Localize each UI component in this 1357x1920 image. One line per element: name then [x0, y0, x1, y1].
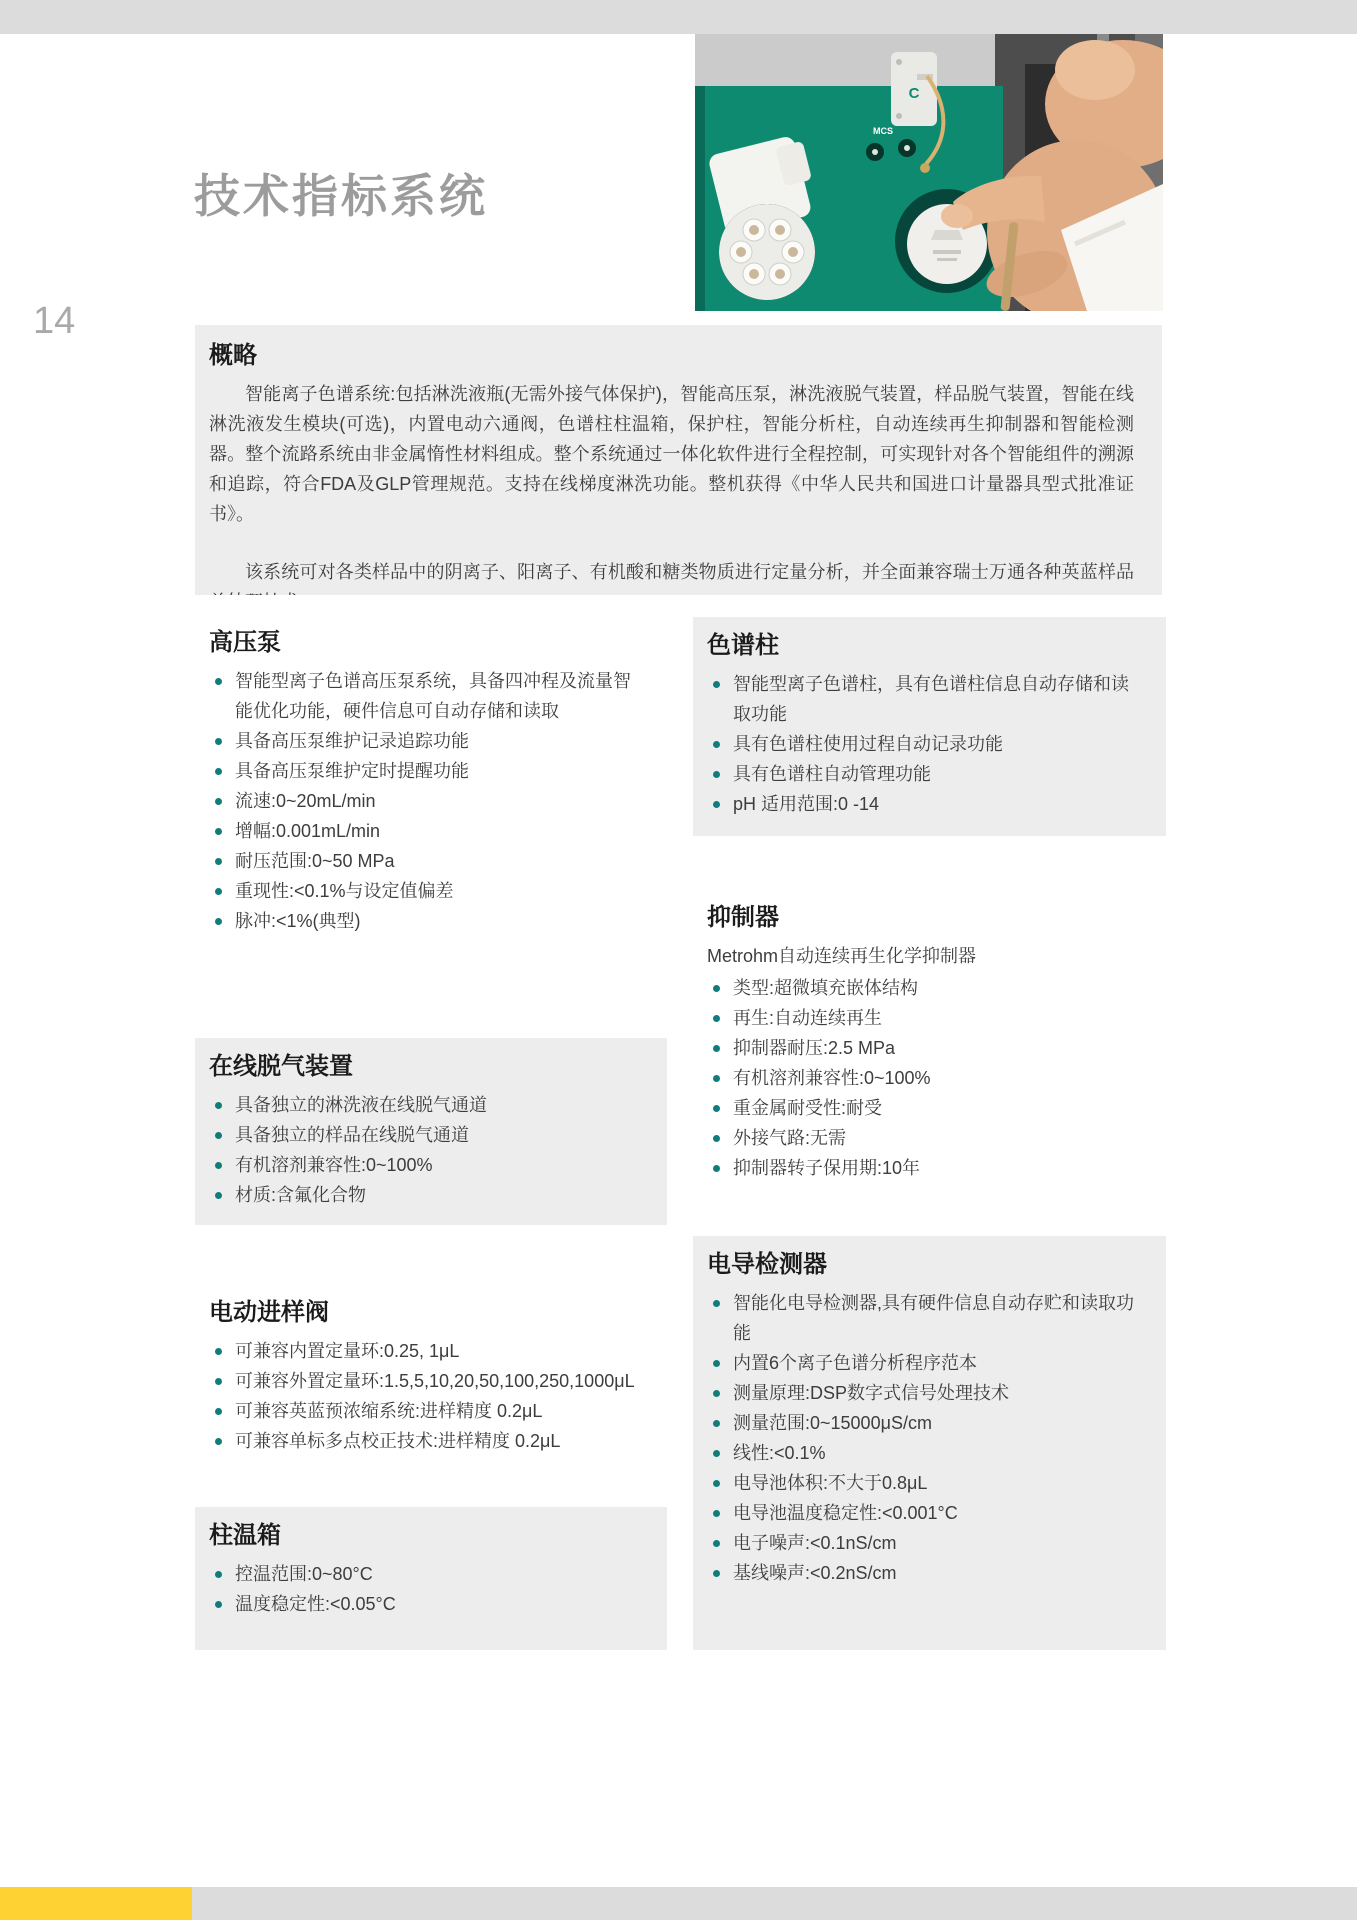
spec-item-text: 具备高压泵维护定时提醒功能 — [235, 756, 469, 786]
spec-item-text: 具有色谱柱使用过程自动记录功能 — [733, 729, 1003, 759]
spec-item: 有机溶剂兼容性:0~100% — [209, 1150, 647, 1180]
spec-item: 可兼容内置定量环:0.25, 1μL — [209, 1336, 647, 1366]
degasser-section: 在线脱气装置 具备独立的淋洗液在线脱气通道具备独立的样品在线脱气通道有机溶剂兼容… — [195, 1038, 667, 1225]
bullet-icon — [713, 1045, 720, 1052]
column-spec-list: 智能型离子色谱柱，具有色谱柱信息自动存储和读取功能具有色谱柱使用过程自动记录功能… — [707, 669, 1146, 819]
spec-item-text: 外接气路:无需 — [733, 1123, 846, 1153]
column-title: 色谱柱 — [707, 631, 1146, 661]
bullet-icon — [215, 1438, 222, 1445]
spec-item-text: 耐压范围:0~50 MPa — [235, 846, 395, 876]
spec-item: 具备高压泵维护定时提醒功能 — [209, 756, 647, 786]
bullet-icon — [713, 1510, 720, 1517]
bullet-icon — [713, 985, 720, 992]
spec-item: 智能型离子色谱柱，具有色谱柱信息自动存储和读取功能 — [707, 669, 1146, 729]
valve-section: 电动进样阀 可兼容内置定量环:0.25, 1μL可兼容外置定量环:1.5,5,1… — [195, 1284, 667, 1456]
spec-item-text: pH 适用范围:0 -14 — [733, 789, 879, 819]
spec-item-text: 流速:0~20mL/min — [235, 786, 376, 816]
column-section: 色谱柱 智能型离子色谱柱，具有色谱柱信息自动存储和读取功能具有色谱柱使用过程自动… — [693, 617, 1166, 836]
spec-item: 具备独立的样品在线脱气通道 — [209, 1120, 647, 1150]
instrument-photo: C MCS — [695, 34, 1163, 311]
overview-paragraph-2: 该系统可对各类样品中的阴离子、阳离子、有机酸和糖类物质进行定量分析，并全面兼容瑞… — [209, 557, 1134, 595]
bullet-icon — [215, 1408, 222, 1415]
spec-item-text: 内置6个离子色谱分析程序范本 — [733, 1348, 977, 1378]
bullet-icon — [713, 1390, 720, 1397]
spec-item: 具备独立的淋洗液在线脱气通道 — [209, 1090, 647, 1120]
spec-item: 智能化电导检测器,具有硬件信息自动存贮和读取功能 — [707, 1288, 1146, 1348]
bullet-icon — [713, 1570, 720, 1577]
spec-item: 电导池温度稳定性:<0.001°C — [707, 1498, 1146, 1528]
spec-item-text: 可兼容单标多点校正技术:进样精度 0.2μL — [235, 1426, 560, 1456]
spec-item-text: 具备独立的淋洗液在线脱气通道 — [235, 1090, 487, 1120]
spec-item-text: 抑制器转子保用期:10年 — [733, 1153, 920, 1183]
spec-item: 增幅:0.001mL/min — [209, 816, 647, 846]
spec-item: 可兼容单标多点校正技术:进样精度 0.2μL — [209, 1426, 647, 1456]
spec-item: 再生:自动连续再生 — [707, 1003, 1146, 1033]
detector-section: 电导检测器 智能化电导检测器,具有硬件信息自动存贮和读取功能内置6个离子色谱分析… — [693, 1236, 1166, 1650]
bullet-icon — [713, 1480, 720, 1487]
detector-title: 电导检测器 — [707, 1250, 1146, 1280]
spec-item-text: 温度稳定性:<0.05°C — [235, 1589, 396, 1619]
suppressor-intro: Metrohm自动连续再生化学抑制器 — [707, 941, 1146, 971]
bullet-icon — [215, 1348, 222, 1355]
oven-section: 柱温箱 控温范围:0~80°C温度稳定性:<0.05°C — [195, 1507, 667, 1650]
spec-item-text: 具有色谱柱自动管理功能 — [733, 759, 931, 789]
spec-item: 重现性:<0.1%与设定值偏差 — [209, 876, 647, 906]
spec-item-text: 具备独立的样品在线脱气通道 — [235, 1120, 469, 1150]
spec-item-text: 可兼容英蓝预浓缩系统:进样精度 0.2μL — [235, 1396, 542, 1426]
pump-title: 高压泵 — [209, 628, 647, 658]
spec-item: 外接气路:无需 — [707, 1123, 1146, 1153]
bullet-icon — [713, 1300, 720, 1307]
spec-item-text: 增幅:0.001mL/min — [235, 816, 380, 846]
bullet-icon — [713, 1420, 720, 1427]
oven-title: 柱温箱 — [209, 1521, 647, 1551]
spec-item: 基线噪声:<0.2nS/cm — [707, 1558, 1146, 1588]
bullet-icon — [215, 888, 222, 895]
bullet-icon — [215, 858, 222, 865]
spec-item-text: 基线噪声:<0.2nS/cm — [733, 1558, 897, 1588]
bullet-icon — [215, 1132, 222, 1139]
bullet-icon — [215, 1192, 222, 1199]
spec-item-text: 类型:超微填充嵌体结构 — [733, 973, 918, 1003]
detector-spec-list: 智能化电导检测器,具有硬件信息自动存贮和读取功能内置6个离子色谱分析程序范本测量… — [707, 1288, 1146, 1588]
overview-paragraph-1: 智能离子色谱系统:包括淋洗液瓶(无需外接气体保护)，智能高压泵，淋洗液脱气装置，… — [209, 379, 1134, 529]
spec-item: 控温范围:0~80°C — [209, 1559, 647, 1589]
bullet-icon — [713, 1450, 720, 1457]
spec-item: 温度稳定性:<0.05°C — [209, 1589, 647, 1619]
spec-item: 可兼容英蓝预浓缩系统:进样精度 0.2μL — [209, 1396, 647, 1426]
bullet-icon — [713, 1015, 720, 1022]
spec-item: 线性:<0.1% — [707, 1438, 1146, 1468]
spec-item-text: 智能化电导检测器,具有硬件信息自动存贮和读取功能 — [733, 1288, 1146, 1348]
bullet-icon — [215, 1102, 222, 1109]
spec-item-text: 可兼容内置定量环:0.25, 1μL — [235, 1336, 459, 1366]
spec-item: 抑制器耐压:2.5 MPa — [707, 1033, 1146, 1063]
spec-item-text: 有机溶剂兼容性:0~100% — [733, 1063, 931, 1093]
spec-item-text: 材质:含氟化合物 — [235, 1180, 366, 1210]
spec-item-text: 重现性:<0.1%与设定值偏差 — [235, 876, 454, 906]
overview-title: 概略 — [209, 341, 1134, 371]
degasser-title: 在线脱气装置 — [209, 1052, 647, 1082]
photo-label-c: C — [909, 85, 920, 102]
bullet-icon — [713, 1540, 720, 1547]
spec-item: 重金属耐受性:耐受 — [707, 1093, 1146, 1123]
bullet-icon — [215, 678, 222, 685]
bullet-icon — [713, 1105, 720, 1112]
spec-item-text: 智能型离子色谱柱，具有色谱柱信息自动存储和读取功能 — [733, 669, 1146, 729]
bullet-icon — [215, 1378, 222, 1385]
spec-item-text: 脉冲:<1%(典型) — [235, 906, 361, 936]
bullet-icon — [713, 681, 720, 688]
spec-item-text: 智能型离子色谱高压泵系统，具备四冲程及流量智能优化功能，硬件信息可自动存储和读取 — [235, 666, 647, 726]
suppressor-title: 抑制器 — [707, 903, 1146, 933]
photo-label-mcs: MCS — [873, 126, 893, 136]
spec-item-text: 控温范围:0~80°C — [235, 1559, 373, 1589]
spec-item: 具备高压泵维护记录追踪功能 — [209, 726, 647, 756]
bullet-icon — [215, 1601, 222, 1608]
bullet-icon — [713, 771, 720, 778]
oven-spec-list: 控温范围:0~80°C温度稳定性:<0.05°C — [209, 1559, 647, 1619]
bullet-icon — [215, 768, 222, 775]
spec-item: 电子噪声:<0.1nS/cm — [707, 1528, 1146, 1558]
spec-item: 有机溶剂兼容性:0~100% — [707, 1063, 1146, 1093]
spec-item: 耐压范围:0~50 MPa — [209, 846, 647, 876]
bullet-icon — [215, 918, 222, 925]
bullet-icon — [713, 801, 720, 808]
suppressor-spec-list: 类型:超微填充嵌体结构再生:自动连续再生抑制器耐压:2.5 MPa有机溶剂兼容性… — [707, 973, 1146, 1183]
bullet-icon — [713, 1165, 720, 1172]
bullet-icon — [215, 1571, 222, 1578]
spec-item: 材质:含氟化合物 — [209, 1180, 647, 1210]
bullet-icon — [713, 1360, 720, 1367]
pump-section: 高压泵 智能型离子色谱高压泵系统，具备四冲程及流量智能优化功能，硬件信息可自动存… — [195, 614, 667, 936]
spec-item: 脉冲:<1%(典型) — [209, 906, 647, 936]
bullet-icon — [215, 798, 222, 805]
bullet-icon — [713, 741, 720, 748]
spec-item: 具有色谱柱使用过程自动记录功能 — [707, 729, 1146, 759]
spec-item: 类型:超微填充嵌体结构 — [707, 973, 1146, 1003]
spec-item: 可兼容外置定量环:1.5,5,10,20,50,100,250,1000μL — [209, 1366, 647, 1396]
spec-item-text: 有机溶剂兼容性:0~100% — [235, 1150, 433, 1180]
bullet-icon — [713, 1135, 720, 1142]
spec-item-text: 再生:自动连续再生 — [733, 1003, 882, 1033]
instrument-photo-art: C MCS — [695, 34, 1163, 311]
bullet-icon — [215, 1162, 222, 1169]
spec-item-text: 抑制器耐压:2.5 MPa — [733, 1033, 895, 1063]
pump-spec-list: 智能型离子色谱高压泵系统，具备四冲程及流量智能优化功能，硬件信息可自动存储和读取… — [209, 666, 647, 936]
spec-item-text: 电子噪声:<0.1nS/cm — [733, 1528, 897, 1558]
bullet-icon — [215, 828, 222, 835]
spec-item: 智能型离子色谱高压泵系统，具备四冲程及流量智能优化功能，硬件信息可自动存储和读取 — [209, 666, 647, 726]
page-title: 技术指标系统 — [194, 160, 488, 226]
valve-spec-list: 可兼容内置定量环:0.25, 1μL可兼容外置定量环:1.5,5,10,20,5… — [209, 1336, 647, 1456]
valve-title: 电动进样阀 — [209, 1298, 647, 1328]
suppressor-section: 抑制器 Metrohm自动连续再生化学抑制器 类型:超微填充嵌体结构再生:自动连… — [693, 889, 1166, 1183]
spec-item: 流速:0~20mL/min — [209, 786, 647, 816]
spec-item-text: 具备高压泵维护记录追踪功能 — [235, 726, 469, 756]
bottom-bar — [192, 1887, 1357, 1920]
spec-item: pH 适用范围:0 -14 — [707, 789, 1146, 819]
spec-item: 电导池体积:不大于0.8μL — [707, 1468, 1146, 1498]
bottom-accent-bar — [0, 1887, 192, 1920]
spec-item-text: 电导池温度稳定性:<0.001°C — [733, 1498, 958, 1528]
spec-item-text: 测量范围:0~15000μS/cm — [733, 1408, 932, 1438]
spec-item-text: 重金属耐受性:耐受 — [733, 1093, 882, 1123]
degasser-spec-list: 具备独立的淋洗液在线脱气通道具备独立的样品在线脱气通道有机溶剂兼容性:0~100… — [209, 1090, 647, 1210]
spec-item-text: 测量原理:DSP数字式信号处理技术 — [733, 1378, 1009, 1408]
bullet-icon — [713, 1075, 720, 1082]
spec-item: 内置6个离子色谱分析程序范本 — [707, 1348, 1146, 1378]
spec-item-text: 可兼容外置定量环:1.5,5,10,20,50,100,250,1000μL — [235, 1366, 635, 1396]
bullet-icon — [215, 738, 222, 745]
spec-item: 抑制器转子保用期:10年 — [707, 1153, 1146, 1183]
top-bar — [0, 0, 1357, 34]
spec-item-text: 电导池体积:不大于0.8μL — [733, 1468, 927, 1498]
spec-item: 测量范围:0~15000μS/cm — [707, 1408, 1146, 1438]
spec-item-text: 线性:<0.1% — [733, 1438, 826, 1468]
spec-item: 具有色谱柱自动管理功能 — [707, 759, 1146, 789]
page-number: 14 — [33, 300, 75, 343]
spec-item: 测量原理:DSP数字式信号处理技术 — [707, 1378, 1146, 1408]
overview-section: 概略 智能离子色谱系统:包括淋洗液瓶(无需外接气体保护)，智能高压泵，淋洗液脱气… — [195, 325, 1162, 595]
